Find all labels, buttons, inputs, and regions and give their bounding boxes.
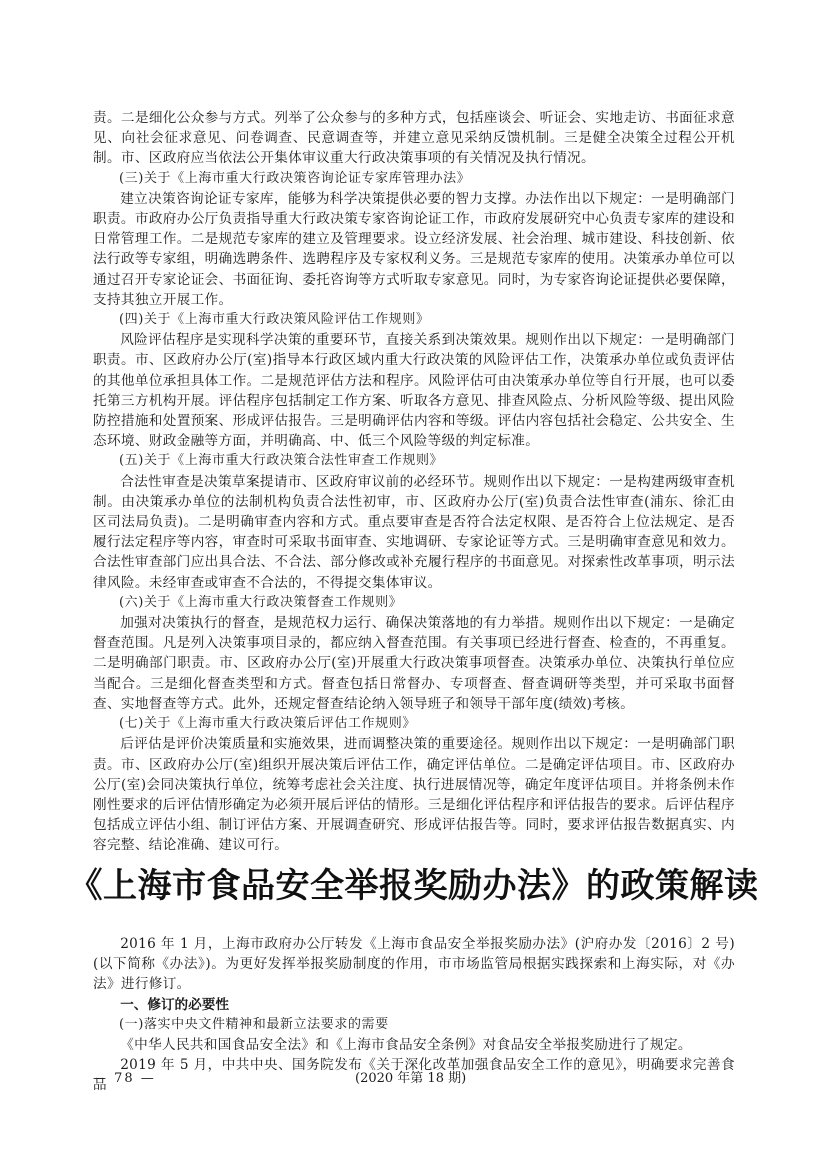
article-title: 《上海市食品安全举报奖励办法》的政策解读 [0,862,827,910]
section-heading: 一、修订的必要性 [93,995,735,1015]
subheading-expert-database: (三)关于《上海市重大行政决策咨询论证专家库管理办法》 [93,169,735,189]
paragraph-risk-assessment: 风险评估程序是实现科学决策的重要环节，直接关系到决策效果。规则作出以下规定：一是… [93,330,735,451]
paragraph-supervision: 加强对决策执行的督查，是规范权力运行、确保决策落地的有力举措。规则作出以下规定：… [93,613,735,714]
article-intro: 2016 年 1 月，上海市政府办公厅转发《上海市食品安全举报奖励办法》(沪府办… [93,934,735,995]
previous-article-continuation: 责。二是细化公众参与方式。列举了公众参与的多种方式，包括座谈会、听证会、实地走访… [93,108,735,856]
paragraph-public-participation: 责。二是细化公众参与方式。列举了公众参与的多种方式，包括座谈会、听证会、实地走访… [93,108,735,169]
subsection-heading: (一)落实中央文件精神和最新立法要求的需要 [93,1015,735,1035]
paragraph-food-safety-law: 《中华人民共和国食品安全法》和《上海市食品安全条例》对食品安全举报奖励进行了规定… [93,1035,735,1055]
subheading-supervision: (六)关于《上海市重大行政决策督查工作规则》 [93,593,735,613]
subheading-risk-assessment: (四)关于《上海市重大行政决策风险评估工作规则》 [93,310,735,330]
subheading-post-evaluation: (七)关于《上海市重大行政决策后评估工作规则》 [93,714,735,734]
page-number: — 78 — [93,1070,156,1088]
issue-label: (2020 年第 18 期) [355,1070,466,1088]
paragraph-expert-database: 建立决策咨询论证专家库，能够为科学决策提供必要的智力支撑。办法作出以下规定：一是… [93,189,735,310]
paragraph-legality-review: 合法性审查是决策草案提请市、区政府审议前的必经环节。规则作出以下规定：一是构建两… [93,472,735,593]
subheading-legality-review: (五)关于《上海市重大行政决策合法性审查工作规则》 [93,451,735,471]
paragraph-post-evaluation: 后评估是评价决策质量和实施效果，进而调整决策的重要途径。规则作出以下规定：一是明… [93,734,735,855]
